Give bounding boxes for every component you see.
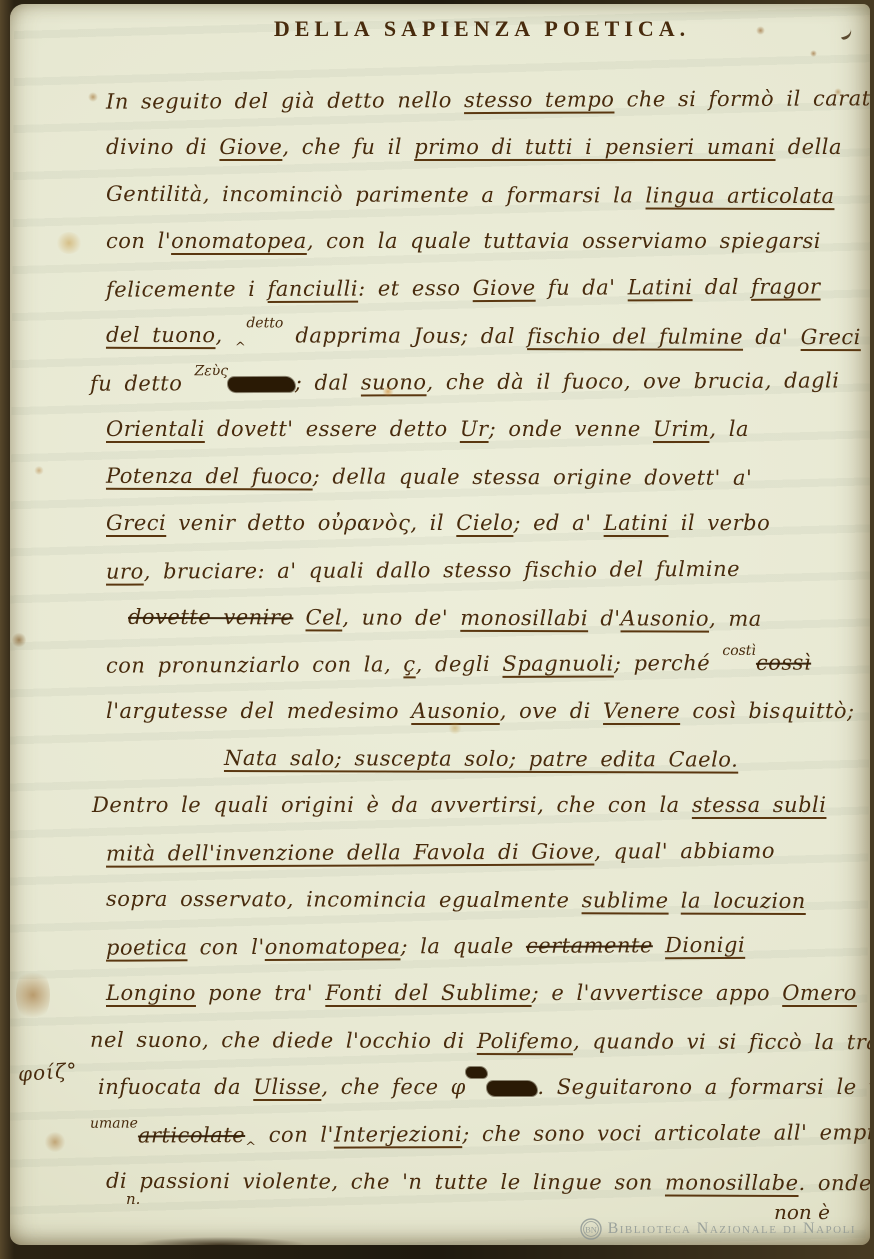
text-segment: stessa subli	[692, 793, 827, 817]
text-segment: Latini	[628, 275, 693, 299]
text-segment: suono	[361, 370, 427, 394]
text-segment: fragor	[751, 275, 821, 299]
text-segment: primo di tutti i pensieri umani	[414, 135, 775, 159]
manuscript-line: di passioni violente, che 'n tutte le li…	[106, 1161, 870, 1210]
text-segment	[653, 933, 665, 957]
text-segment: mità dell'invenzione della Favola di Gio…	[106, 840, 594, 866]
text-segment: nel suono, che diede l'occhio di	[90, 1028, 477, 1053]
stain	[88, 92, 98, 102]
manuscript-line: felicemente i fanciulli: et esso Giove f…	[106, 266, 870, 316]
text-segment: , degli	[416, 652, 503, 676]
text-segment: ; la quale	[400, 934, 526, 959]
manuscript-line: sopra osservato, incomincia egualmente s…	[106, 879, 870, 928]
text-segment: In seguito del già detto nello	[106, 88, 464, 114]
text-segment: Dentro le quali origini è da avvertirsi,…	[92, 793, 692, 817]
inked-out-word: ██	[466, 1067, 488, 1078]
stain	[44, 1132, 66, 1152]
text-segment: cossì	[756, 651, 811, 675]
manuscript-line: fu detto Ζεὺς████; dal suono, che dà il …	[90, 360, 870, 410]
text-segment: onomatopea	[265, 934, 401, 959]
text-segment: dapprima Jous; dal	[283, 323, 527, 348]
text-segment	[669, 889, 681, 913]
text-segment: lingua articolata	[646, 183, 835, 208]
manuscript-line: con l'onomatopea, con la quale tuttavia …	[106, 221, 870, 268]
text-segment: ; ed a'	[513, 511, 603, 535]
text-segment: ; dal	[295, 371, 361, 395]
text-segment: del tuono	[106, 323, 216, 347]
text-segment: Omero	[782, 981, 857, 1005]
text-segment: fu da'	[536, 275, 628, 299]
manuscript-line: l'argutesse del medesimo Ausonio, ove di…	[106, 691, 870, 738]
text-segment: monosillabi	[460, 606, 588, 630]
text-segment: Ulisse	[253, 1075, 321, 1099]
text-segment: Ζεὺς	[194, 351, 228, 391]
margin-note-greek: φοίζ°	[17, 1058, 78, 1086]
text-segment: della	[776, 135, 843, 159]
manuscript-line: Gentilità, incominciò parimente a formar…	[106, 174, 870, 223]
footer-signature-mark: n.	[126, 1190, 140, 1208]
manuscript-line: con pronunziarlo con la, ç, degli Spagnu…	[106, 642, 870, 692]
text-segment: poetica	[106, 935, 188, 959]
text-segment: , la	[709, 417, 749, 441]
text-segment: Polifemo	[477, 1029, 573, 1053]
text-segment: , che fu il	[282, 135, 414, 159]
text-segment: Gentilità, incominciò parimente a formar…	[106, 182, 646, 208]
text-segment: fanciulli	[268, 277, 359, 301]
text-segment: onomatopea	[171, 229, 307, 253]
text-segment: ç	[403, 652, 415, 676]
text-segment: ; e l'avvertisce appo	[532, 981, 783, 1005]
text-segment: articolate	[138, 1123, 245, 1147]
manuscript-line: divino di Giove, che fu il primo di tutt…	[106, 127, 870, 174]
text-segment: ; onde venne	[489, 417, 653, 441]
text-segment	[293, 605, 305, 629]
text-segment: , uno de'	[342, 606, 460, 630]
text-segment: Longino	[106, 981, 196, 1005]
library-watermark: BN Biblioteca Nazionale di Napoli	[580, 1218, 856, 1240]
text-segment: fischio del fulmine	[527, 324, 743, 349]
text-segment: ; che sono voci articolate all' empito	[462, 1120, 870, 1146]
text-segment: di passioni violente, che 'n tutte le li…	[106, 1169, 665, 1195]
text-segment: monosillabe	[665, 1171, 799, 1195]
stain	[56, 232, 82, 254]
text-segment: Fonti del Sublime	[325, 981, 531, 1005]
inked-out-word: ████	[228, 377, 295, 392]
manuscript-line: Dentro le quali origini è da avvertirsi,…	[92, 785, 870, 832]
text-segment: così bisquittò;	[680, 699, 854, 723]
manuscript-line: Orientali dovett' essere detto Ur; onde …	[106, 409, 870, 456]
text-segment: Orientali	[106, 417, 205, 441]
stain	[810, 50, 817, 57]
text-segment: dovette venire	[128, 605, 293, 630]
text-segment: con l'	[106, 229, 171, 253]
text-segment: da'	[743, 325, 801, 349]
text-segment: Spagnuoli	[502, 651, 614, 675]
text-segment: , qual' abbiamo	[594, 839, 775, 864]
text-segment: l'argutesse del medesimo	[106, 699, 411, 723]
manuscript-line: In seguito del già detto nello stesso te…	[106, 78, 870, 128]
text-segment: , bruciare: a' quali dallo stesso fischi…	[144, 557, 740, 584]
library-logo-icon: BN	[580, 1218, 602, 1240]
svg-text:BN: BN	[585, 1225, 597, 1235]
text-segment: Nata salo; suscepta solo; patre edita Ca…	[224, 746, 738, 772]
manuscript-page: DELLA SAPIENZA POETICA. In seguito del g…	[10, 4, 870, 1245]
text-segment: venir detto οὐρανὸς, il	[166, 511, 456, 535]
stain	[12, 632, 26, 648]
text-segment: Ausonio	[411, 699, 500, 723]
scanned-manuscript-frame: DELLA SAPIENZA POETICA. In seguito del g…	[0, 0, 874, 1259]
text-segment: . Seguitarono a formarsi le voci	[537, 1075, 870, 1099]
manuscript-line: infuocata da Ulisse, che fece φ█████. Se…	[98, 1067, 870, 1114]
text-segment: dal	[692, 275, 751, 299]
text-segment: pone tra'	[196, 981, 325, 1005]
text-segment: stesso tempo	[464, 87, 614, 112]
manuscript-line: Potenza del fuoco; della quale stessa or…	[106, 456, 870, 505]
text-segment: Venere	[603, 699, 680, 723]
text-segment: Greci	[106, 511, 166, 535]
stain	[34, 466, 44, 475]
manuscript-line: umanearticolate^ con l'Interjezioni; che…	[90, 1112, 870, 1162]
text-segment: la locuzion	[681, 889, 806, 913]
manuscript-line: mità dell'invenzione della Favola di Gio…	[106, 830, 870, 880]
manuscript-lines: In seguito del già detto nello stesso te…	[106, 80, 870, 1208]
text-segment: felicemente i	[106, 277, 268, 302]
manuscript-line: Longino pone tra' Fonti del Sublime; e l…	[106, 973, 870, 1020]
text-segment: : et esso	[358, 276, 473, 300]
text-segment: fu detto	[90, 371, 195, 395]
manuscript-line: Greci venir detto οὐρανὸς, il Cielo; ed …	[106, 503, 870, 550]
text-segment: ; perché	[614, 651, 723, 675]
text-segment: che si formò il carattere	[614, 86, 870, 111]
text-segment: Giove	[219, 135, 282, 159]
text-segment: , ove di	[500, 699, 603, 723]
text-segment: sublime	[582, 888, 669, 912]
text-segment: dovett' essere detto	[205, 417, 460, 441]
manuscript-line: nel suono, che diede l'occhio di Polifem…	[90, 1020, 870, 1069]
text-segment: , che fece φ	[321, 1075, 466, 1099]
text-segment: Ausonio	[621, 606, 710, 630]
text-segment: costì	[722, 631, 756, 671]
text-segment: ; della quale stessa origine dovett' a'	[313, 464, 753, 489]
text-segment: Potenza del fuoco	[106, 464, 313, 489]
manuscript-line: poetica con l'onomatopea; la quale certa…	[106, 924, 870, 974]
text-segment: ,	[216, 323, 235, 347]
stain	[16, 966, 50, 1024]
page-title: DELLA SAPIENZA POETICA.	[52, 16, 870, 42]
text-segment: Cielo	[456, 511, 513, 535]
text-segment: infuocata da	[98, 1075, 253, 1099]
text-segment: , ma	[709, 607, 762, 631]
text-segment: Cel	[306, 605, 343, 629]
manuscript-line: dovette venire Cel, uno de' monosillabi …	[128, 597, 870, 646]
library-watermark-label: Biblioteca Nazionale di Napoli	[608, 1220, 856, 1238]
text-segment: sopra osservato, incomincia egualmente	[106, 887, 582, 912]
manuscript-line: uro, bruciare: a' quali dallo stesso fis…	[106, 548, 870, 598]
text-segment: detto	[246, 303, 283, 343]
text-segment: , quando vi si ficcò la trave	[573, 1029, 870, 1054]
text-segment: , con la quale tuttavia osserviamo spieg…	[307, 229, 821, 253]
text-segment: d'	[588, 606, 620, 630]
text-segment: con pronunziarlo con la,	[106, 652, 403, 677]
text-segment: con l'	[187, 935, 264, 959]
text-segment: uro	[106, 560, 144, 584]
manuscript-line: Nata salo; suscepta solo; patre edita Ca…	[224, 738, 870, 787]
text-segment: Greci	[801, 325, 861, 349]
text-segment: Latini	[604, 511, 669, 535]
text-segment: il verbo	[669, 511, 771, 535]
text-segment: Interjezioni	[334, 1122, 462, 1147]
bottom-edge-blot	[130, 1235, 310, 1245]
text-segment: umane	[90, 1103, 138, 1143]
text-segment: divino di	[106, 135, 219, 159]
text-segment: . onde	[799, 1171, 870, 1195]
text-segment: Ur	[460, 417, 489, 441]
text-segment: Giove	[473, 276, 536, 300]
text-segment: con l'	[257, 1123, 334, 1147]
inked-out-word: ███	[487, 1081, 537, 1096]
text-segment: , che dà il fuoco, ove brucia, dagli	[426, 368, 839, 394]
text-segment: certamente	[526, 933, 653, 958]
text-segment: Urim	[653, 417, 709, 441]
text-segment: Dionigi	[665, 933, 745, 957]
